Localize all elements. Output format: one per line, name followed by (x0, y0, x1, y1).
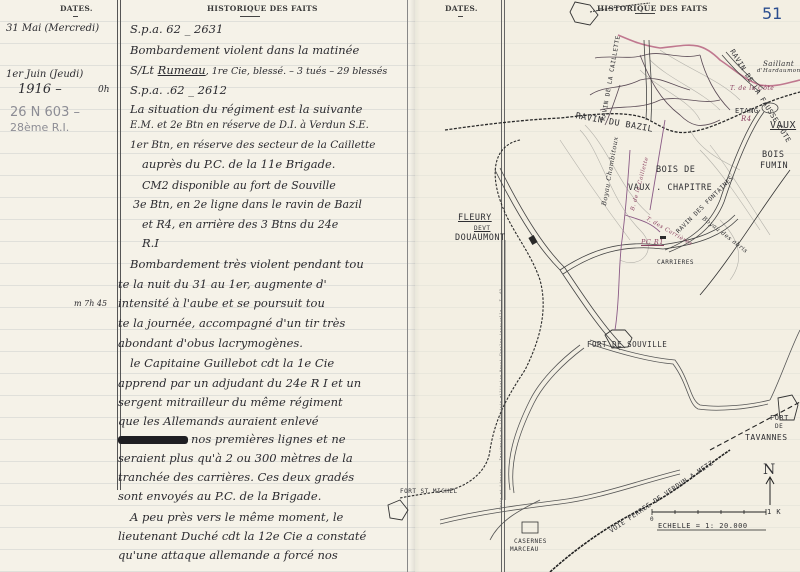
entry-line: te la journée, accompagné d'un tir très (118, 318, 345, 330)
entry-line: intensité à l'aube et se poursuit tou (118, 298, 325, 310)
label-fort-tavannes-2: DE (775, 423, 783, 430)
label-fleury-3: DOUAUMONT (455, 233, 506, 243)
header-dash (240, 16, 260, 17)
entry-line: seraient plus qu'à 2 ou 300 mètres de la (118, 453, 353, 465)
label-scale: ECHELLE = 1: 20.000 (658, 522, 748, 530)
label-saillant-sub: d'Hardaumont (757, 68, 800, 74)
time-marker: 0h (98, 86, 110, 95)
entry-line: E.M. et 2e Btn en réserve de D.I. à Verd… (130, 121, 369, 131)
entry-line: S.p.a. .62 _ 2612 (130, 85, 227, 97)
label-carrieres: CARRIERES (657, 259, 694, 266)
label-bois-vaux-1: BOIS DE (656, 165, 695, 175)
history-header: HISTORIQUE DES FAITS (597, 4, 708, 13)
entry-line: que les Allemands auraient enlevé (118, 416, 319, 428)
date-1-juin: 1er Juin (Jeudi) (6, 70, 83, 80)
entry-line: 3e Btn, en 2e ligne dans le ravin de Baz… (133, 199, 362, 210)
entry-line: sont envoyés au P.C. de la Brigade. (118, 491, 321, 503)
entry-line: lieutenant Duché cdt la 12e Cie a consta… (118, 531, 366, 543)
date-31-mai: 31 Mai (Mercredi) (6, 24, 99, 34)
entry-line: La situation du régiment est la suivante (130, 104, 362, 116)
journal-page-left: DATES. HISTORIQUE DES FAITS 31 Mai (Merc… (0, 0, 415, 572)
entry-line: sergent mitrailleur du même régiment (118, 397, 343, 409)
entry-line: te la nuit du 31 au 1er, augmente d' (118, 279, 327, 291)
label-r4: R4 (741, 115, 752, 123)
column-rule-right (407, 0, 408, 572)
history-header: HISTORIQUE DES FAITS (207, 4, 318, 13)
label-bois-fumin-1: BOIS (762, 150, 784, 160)
archive-regiment: 28ème R.I. (10, 122, 69, 133)
header-dash (635, 13, 655, 14)
entry-line: S.p.a. 62 _ 2631 (130, 24, 223, 36)
label-fleury-2: DEVT (474, 225, 490, 232)
entry-line: tranchée des carrières. Ces deux gradés (118, 472, 354, 484)
header-dash (73, 16, 78, 17)
time-note: m 7h 45 (74, 300, 107, 308)
entry-line: le Capitaine Guillebot cdt la 1e Cie (130, 358, 334, 370)
archive-page: DATES. HISTORIQUE DES FAITS 31 Mai (Merc… (0, 0, 800, 572)
entry-line: auprès du P.C. de la 11e Brigade. (142, 159, 335, 171)
label-fort-tavannes-1: FORT (770, 414, 789, 422)
entry-line: 1er Btn, en réserve des secteur de la Ca… (130, 140, 375, 151)
label-fort-souville: FORT DE SOUVILLE (587, 340, 667, 349)
date-year: 1916 – (18, 83, 62, 96)
label-vaux: VAUX (770, 120, 796, 131)
label-fleury-1: FLEURY (458, 213, 492, 223)
dates-header: DATES. (445, 4, 478, 13)
archive-reference: 26 N 603 – (10, 106, 80, 119)
redacted-text (118, 436, 188, 444)
label-pc: PC R1 (641, 238, 664, 246)
entry-line: S/Lt Rumeau, 1re Cie, blessé. – 3 tués –… (130, 65, 387, 77)
label-t-cote: T. de la Côte (730, 85, 774, 92)
column-rule (504, 0, 505, 572)
label-etang: ETANG (735, 107, 759, 115)
page-number: 51 (762, 4, 782, 23)
label-saillant: Saillant (763, 60, 794, 68)
entry-line: R.I (142, 238, 159, 250)
label-bois-fumin-2: FUMIN (760, 161, 788, 171)
label-north: N (763, 462, 776, 478)
label-fort-st-michel: FORT ST MICHEL (400, 488, 458, 495)
dates-header: DATES. (60, 4, 93, 13)
entry-line: et R4, en arrière des 3 Btns du 24e (142, 219, 338, 230)
label-casernes: CASERNES (514, 538, 547, 545)
label-fort-tavannes-3: TAVANNES (745, 433, 788, 442)
label-margin-print: Paris et Limoges – Imprimerie et Librair… (499, 286, 503, 510)
entry-line: Bombardement violent dans la matinée (130, 45, 359, 57)
entry-line: qu'une attaque allemande a forcé nos (118, 550, 338, 562)
entry-line: Bombardement très violent pendant tou (130, 259, 364, 271)
entry-line: apprend par un adjudant du 24e R I et un (118, 378, 361, 390)
entry-line: nos premières lignes et ne (118, 434, 346, 446)
label-scale-one: 1 K (767, 508, 781, 516)
entry-line: A peu près vers le même moment, le (130, 512, 343, 524)
label-scale-zero: 0 (650, 516, 654, 523)
officer-name: Rumeau (158, 63, 206, 77)
entry-line: abondant d'obus lacrymogènes. (118, 338, 303, 350)
header-dash (458, 16, 463, 17)
entry-line: CM2 disponible au fort de Souville (142, 180, 336, 191)
label-marceau: MARCEAU (510, 546, 539, 553)
